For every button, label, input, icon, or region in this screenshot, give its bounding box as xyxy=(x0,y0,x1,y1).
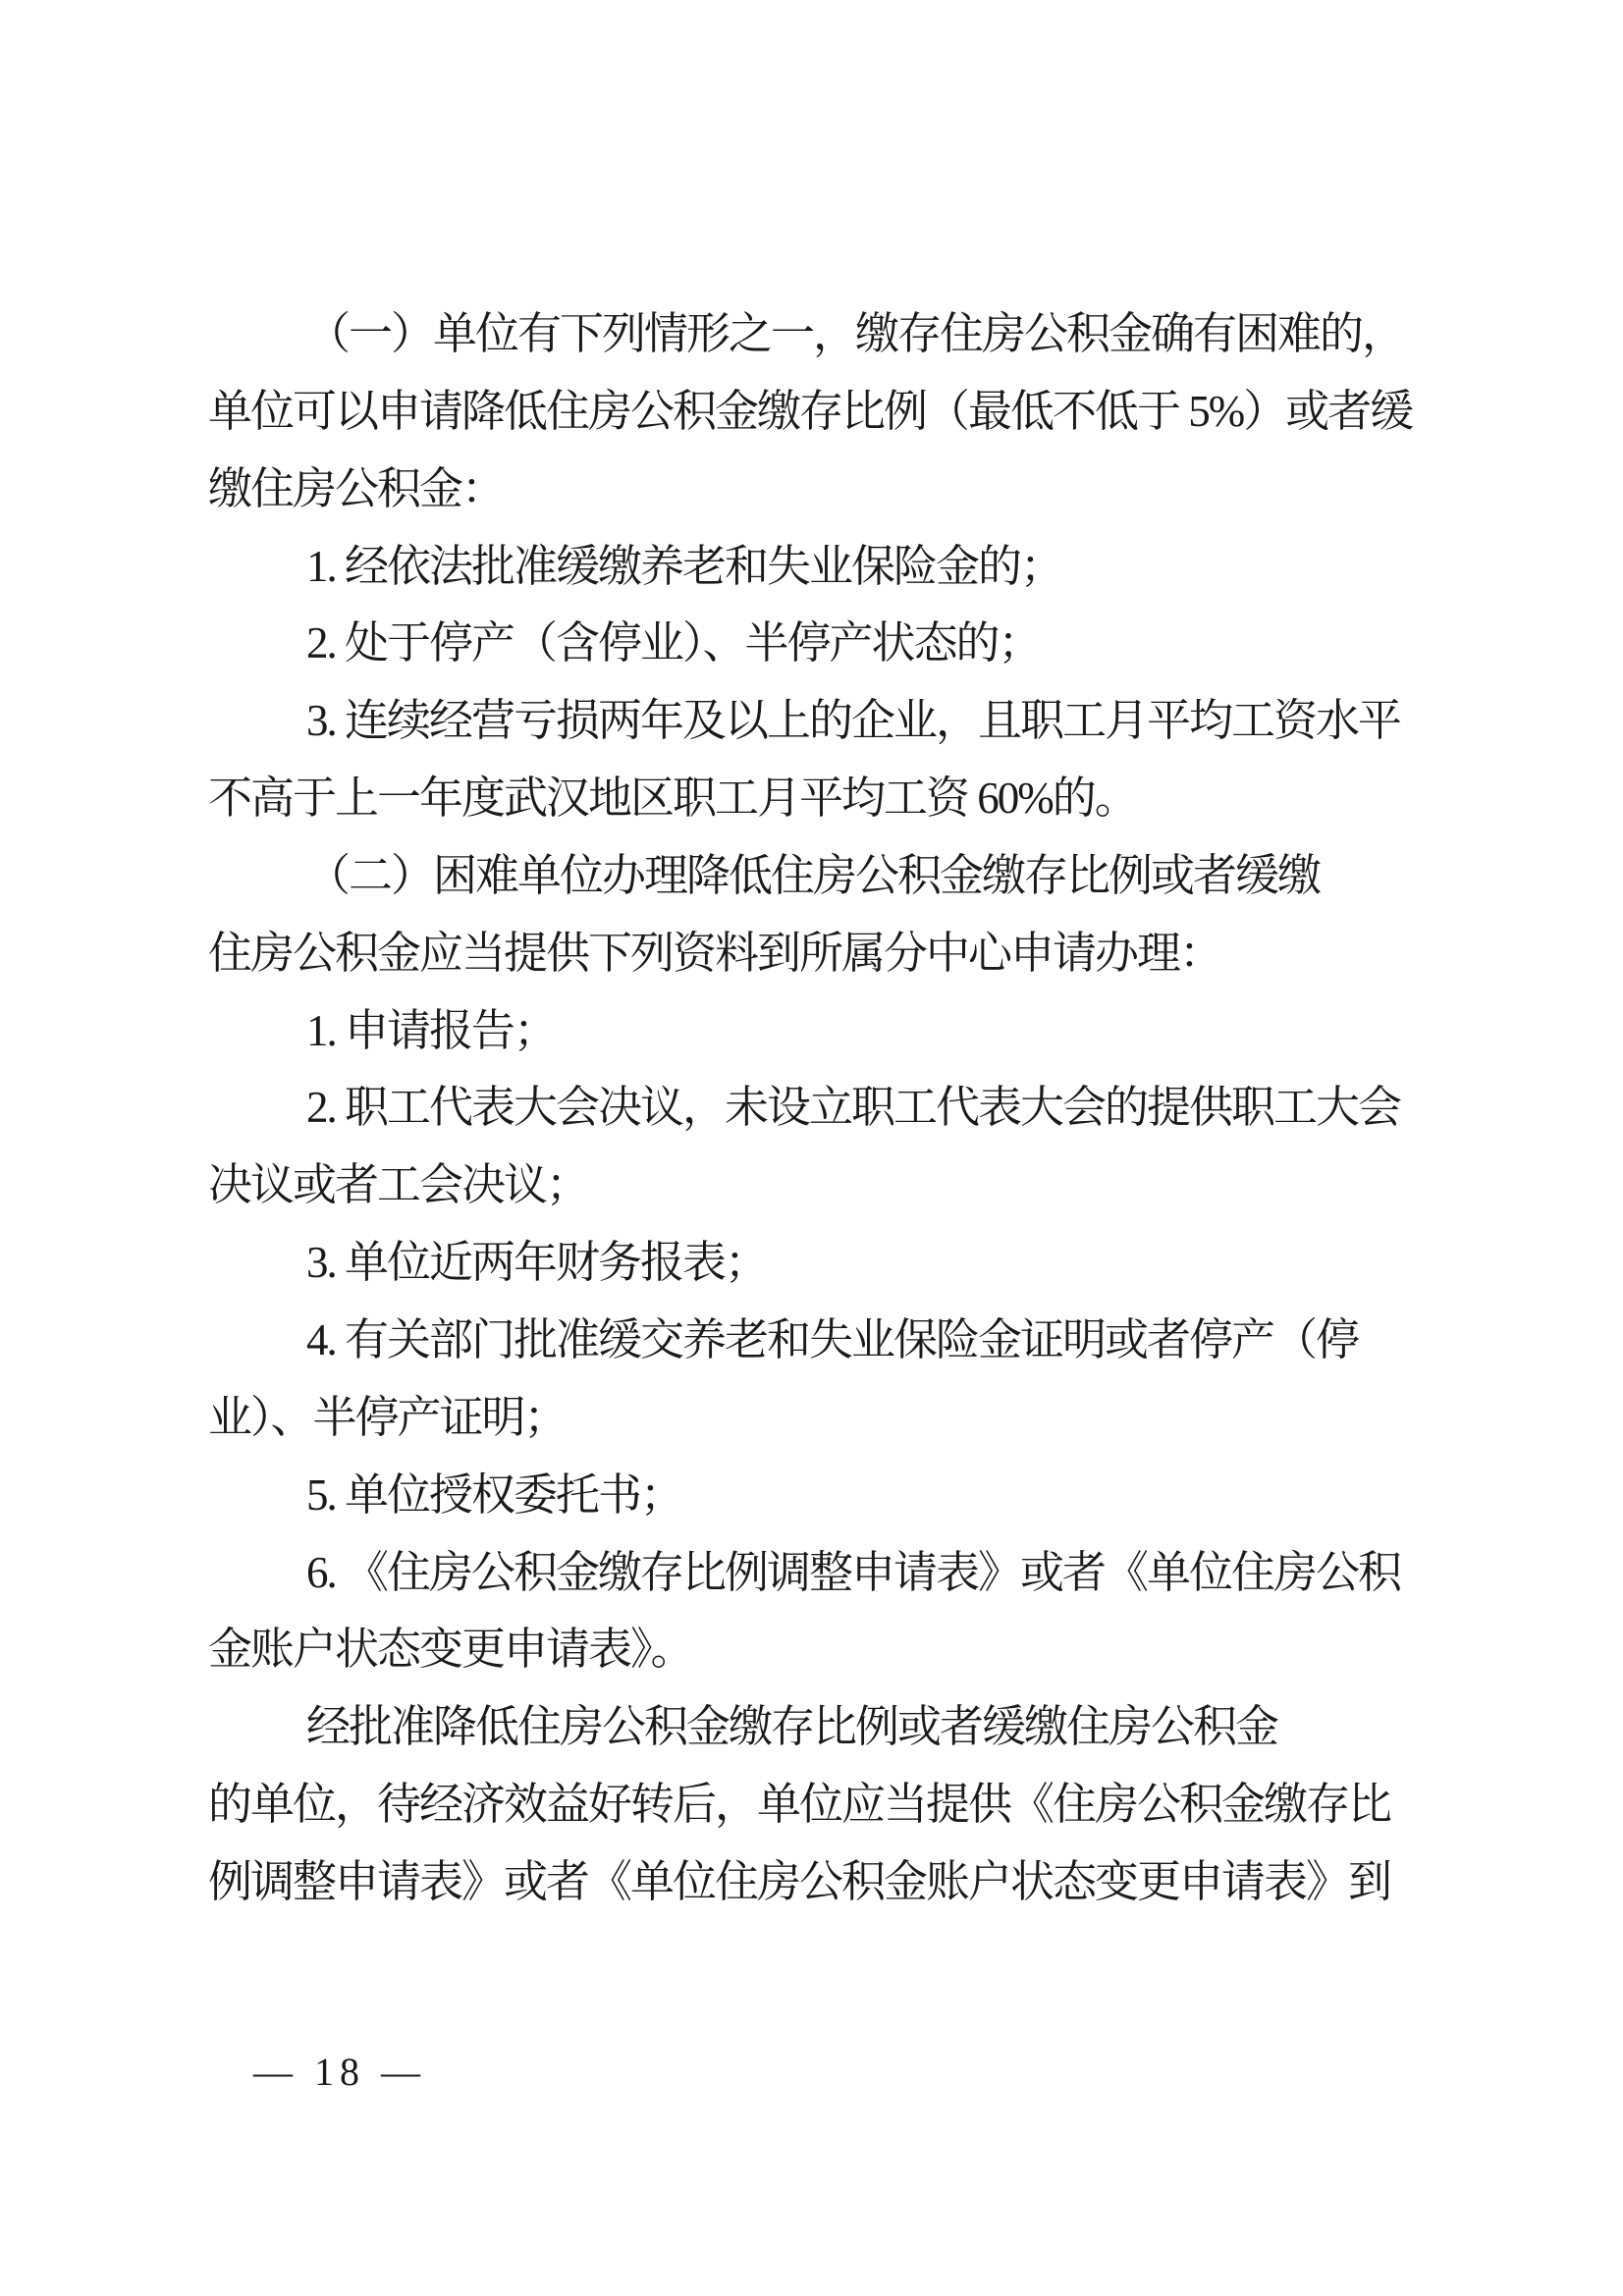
text-line: 3. 单位近两年财务报表； xyxy=(208,1224,1485,1302)
text-line: 单位可以申请降低住房公积金缴存比例（最低不低于 5%）或者缓 xyxy=(208,373,1485,451)
text-line: 住房公积金应当提供下列资料到所属分中心申请办理： xyxy=(208,915,1485,992)
text-line: 业）、半停产证明； xyxy=(208,1379,1485,1457)
text-line: 3. 连续经营亏损两年及以上的企业，且职工月平均工资水平 xyxy=(208,682,1485,760)
text-line: 2. 处于停产（含停业）、半停产状态的； xyxy=(208,605,1485,682)
text-line: 4. 有关部门批准缓交养老和失业保险金证明或者停产（停 xyxy=(208,1302,1485,1379)
text-line: 5. 单位授权委托书； xyxy=(208,1457,1485,1534)
text-line: 金账户状态变更申请表》。 xyxy=(208,1611,1485,1688)
document-page: （一）单位有下列情形之一，缴存住房公积金确有困难的， 单位可以申请降低住房公积金… xyxy=(0,0,1623,2296)
text-line: 2. 职工代表大会决议，未设立职工代表大会的提供职工大会 xyxy=(208,1069,1485,1147)
document-body: （一）单位有下列情形之一，缴存住房公积金确有困难的， 单位可以申请降低住房公积金… xyxy=(208,295,1485,1921)
text-line: 的单位，待经济效益好转后，单位应当提供《住房公积金缴存比 xyxy=(208,1766,1485,1843)
text-line: 缴住房公积金： xyxy=(208,451,1485,528)
page-number: — 18 — xyxy=(253,2044,426,2101)
text-line: 经批准降低住房公积金缴存比例或者缓缴住房公积金 xyxy=(208,1688,1485,1766)
text-line: 1. 经依法批准缓缴养老和失业保险金的； xyxy=(208,528,1485,606)
text-line: （二）困难单位办理降低住房公积金缴存比例或者缓缴 xyxy=(208,837,1485,915)
text-line: 1. 申请报告； xyxy=(208,992,1485,1070)
text-line: 例调整申请表》或者《单位住房公积金账户状态变更申请表》到 xyxy=(208,1843,1485,1921)
text-line: 不高于上一年度武汉地区职工月平均工资 60%的。 xyxy=(208,760,1485,837)
text-line: 决议或者工会决议； xyxy=(208,1147,1485,1224)
text-line: 6. 《住房公积金缴存比例调整申请表》或者《单位住房公积 xyxy=(208,1534,1485,1612)
text-line: （一）单位有下列情形之一，缴存住房公积金确有困难的， xyxy=(208,295,1485,373)
